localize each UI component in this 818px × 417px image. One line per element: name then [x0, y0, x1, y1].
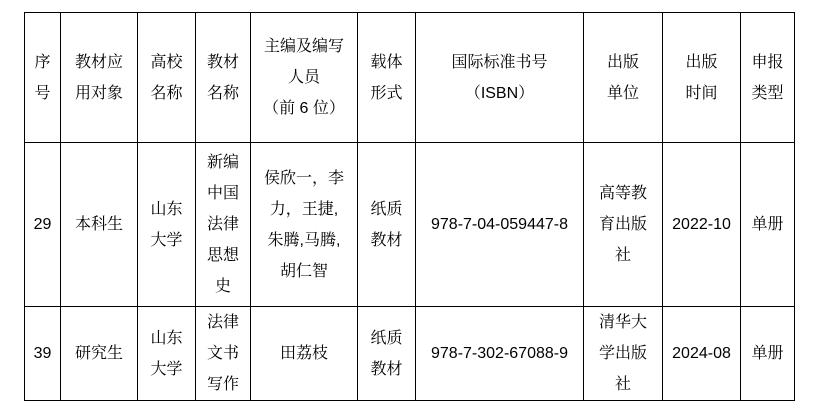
cell-publish-date: 2024-08 [663, 307, 741, 401]
header-textbook-name: 教材 名称 [196, 13, 251, 143]
cell-university-name: 山东 大学 [138, 307, 196, 401]
table-row: 29 本科生 山东 大学 新编 中国 法律 思想 史 侯欣一，李 力，王捷, 朱… [25, 143, 795, 307]
cell-textbook-name: 法律 文书 写作 [196, 307, 251, 401]
cell-application-target: 研究生 [61, 307, 138, 401]
header-application-type: 申报 类型 [741, 13, 795, 143]
header-publish-date: 出版 时间 [663, 13, 741, 143]
header-serial-number: 序 号 [25, 13, 61, 143]
cell-publisher: 清华大 学出版 社 [584, 307, 663, 401]
header-application-target: 教材应 用对象 [61, 13, 138, 143]
cell-isbn: 978-7-04-059447-8 [416, 143, 584, 307]
cell-carrier-form: 纸质 教材 [358, 307, 416, 401]
cell-carrier-form: 纸质 教材 [358, 143, 416, 307]
header-carrier-form: 载体 形式 [358, 13, 416, 143]
header-publisher: 出版 单位 [584, 13, 663, 143]
cell-university-name: 山东 大学 [138, 143, 196, 307]
header-university-name: 高校 名称 [138, 13, 196, 143]
cell-editors: 侯欣一，李 力，王捷, 朱腾,马腾, 胡仁智 [251, 143, 358, 307]
cell-serial-number: 29 [25, 143, 61, 307]
table-row: 39 研究生 山东 大学 法律 文书 写作 田荔枝 纸质 教材 978-7-30… [25, 307, 795, 401]
cell-editors: 田荔枝 [251, 307, 358, 401]
header-isbn: 国际标准书号 （ISBN） [416, 13, 584, 143]
header-row: 序 号 教材应 用对象 高校 名称 教材 名称 主编及编写 人员 （前 6 位）… [25, 13, 795, 143]
textbook-declaration-table: 序 号 教材应 用对象 高校 名称 教材 名称 主编及编写 人员 （前 6 位）… [24, 12, 795, 401]
header-editors: 主编及编写 人员 （前 6 位） [251, 13, 358, 143]
cell-publisher: 高等教 育出版 社 [584, 143, 663, 307]
cell-serial-number: 39 [25, 307, 61, 401]
cell-textbook-name: 新编 中国 法律 思想 史 [196, 143, 251, 307]
cell-application-type: 单册 [741, 307, 795, 401]
cell-application-type: 单册 [741, 143, 795, 307]
cell-publish-date: 2022-10 [663, 143, 741, 307]
cell-isbn: 978-7-302-67088-9 [416, 307, 584, 401]
cell-application-target: 本科生 [61, 143, 138, 307]
